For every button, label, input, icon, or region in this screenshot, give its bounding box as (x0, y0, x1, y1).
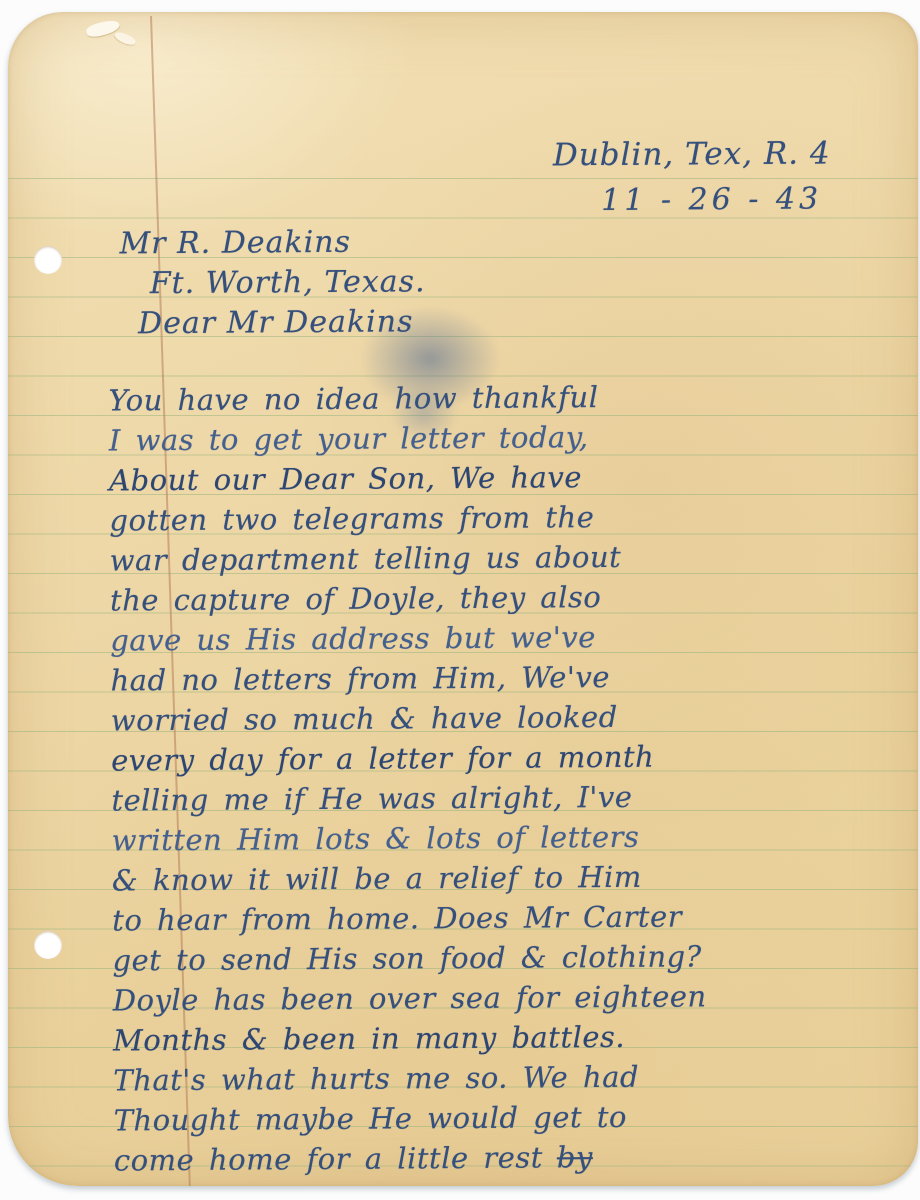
body-line: get to send His son food & clothing? (112, 936, 706, 980)
recipient-line: Ft. Worth, Texas. (150, 262, 426, 304)
body-line-text: Doyle has been over sea for eighteen (113, 979, 707, 1017)
body-line: every day for a letter for a month (111, 736, 705, 780)
body-line: & know it will be a relief to Him (112, 856, 706, 900)
recipient-line: Mr R. Deakins (119, 222, 425, 264)
recipient-block: Mr R. Deakins Ft. Worth, Texas. Dear Mr … (119, 222, 426, 344)
body-line: the capture of Doyle, they also (110, 576, 704, 620)
body-line: gave us His address but we've (110, 616, 704, 660)
body-line: war department telling us about (110, 536, 704, 580)
body-line-text: You have no idea how thankful (108, 380, 598, 417)
body-line-text: written Him lots & lots of letters (112, 820, 640, 858)
body-line-text: Months & been in many battles. (113, 1020, 625, 1058)
handwriting-layer: Dublin, Tex, R. 4 11 - 26 - 43 Mr R. Dea… (8, 12, 918, 1186)
body-line-text: to hear from home. Does Mr Carter (112, 899, 682, 937)
body-line: written Him lots & lots of letters (112, 816, 706, 860)
body-line-text: worried so much & have looked (111, 700, 618, 738)
body-line: Thought maybe He would get to (113, 1096, 707, 1140)
letter-body: You have no idea how thankful I was to g… (108, 376, 707, 1180)
body-line: You have no idea how thankful (108, 376, 702, 420)
body-line-text: That's what hurts me so. We had (113, 1060, 639, 1098)
recipient-line: Dear Mr Deakins (138, 302, 426, 344)
body-line: telling me if He was alright, I've (111, 776, 705, 820)
body-line-text: war department telling us about (110, 540, 622, 578)
body-line: I was to get your letter today, (109, 416, 703, 460)
body-line: About our Dear Son, We have (109, 456, 703, 500)
body-line-text: & know it will be a relief to Him (112, 860, 642, 898)
body-line-text: every day for a letter for a month (111, 740, 654, 778)
body-line-text: I was to get your letter today, (109, 420, 589, 457)
body-line-text: gotten two telegrams from the (109, 500, 594, 537)
body-line-text: telling me if He was alright, I've (111, 780, 632, 818)
letter-page: Dublin, Tex, R. 4 11 - 26 - 43 Mr R. Dea… (8, 12, 918, 1186)
struck-word: by (557, 1140, 593, 1174)
body-line-text: About our Dear Son, We have (109, 460, 582, 497)
place-line: Dublin, Tex, R. 4 (553, 135, 831, 173)
body-line-text: Thought maybe He would get to (114, 1100, 628, 1138)
body-line-text: gave us His address but we've (110, 620, 596, 657)
body-line-text: come home for a little rest (114, 1140, 543, 1177)
body-line: Doyle has been over sea for eighteen (113, 976, 707, 1020)
body-line-text: get to send His son food & clothing? (112, 939, 701, 977)
body-line: had no letters from Him, We've (110, 656, 704, 700)
body-line: Months & been in many battles. (113, 1016, 707, 1060)
body-line: gotten two telegrams from the (109, 496, 703, 540)
body-line: worried so much & have looked (111, 696, 705, 740)
date-line: 11 - 26 - 43 (601, 181, 822, 218)
body-line-text: the capture of Doyle, they also (110, 580, 601, 617)
body-line: come home for a little restby (114, 1136, 708, 1180)
body-line: to hear from home. Does Mr Carter (112, 896, 706, 940)
body-line: That's what hurts me so. We had (113, 1056, 707, 1100)
body-line-text: had no letters from Him, We've (110, 660, 610, 697)
